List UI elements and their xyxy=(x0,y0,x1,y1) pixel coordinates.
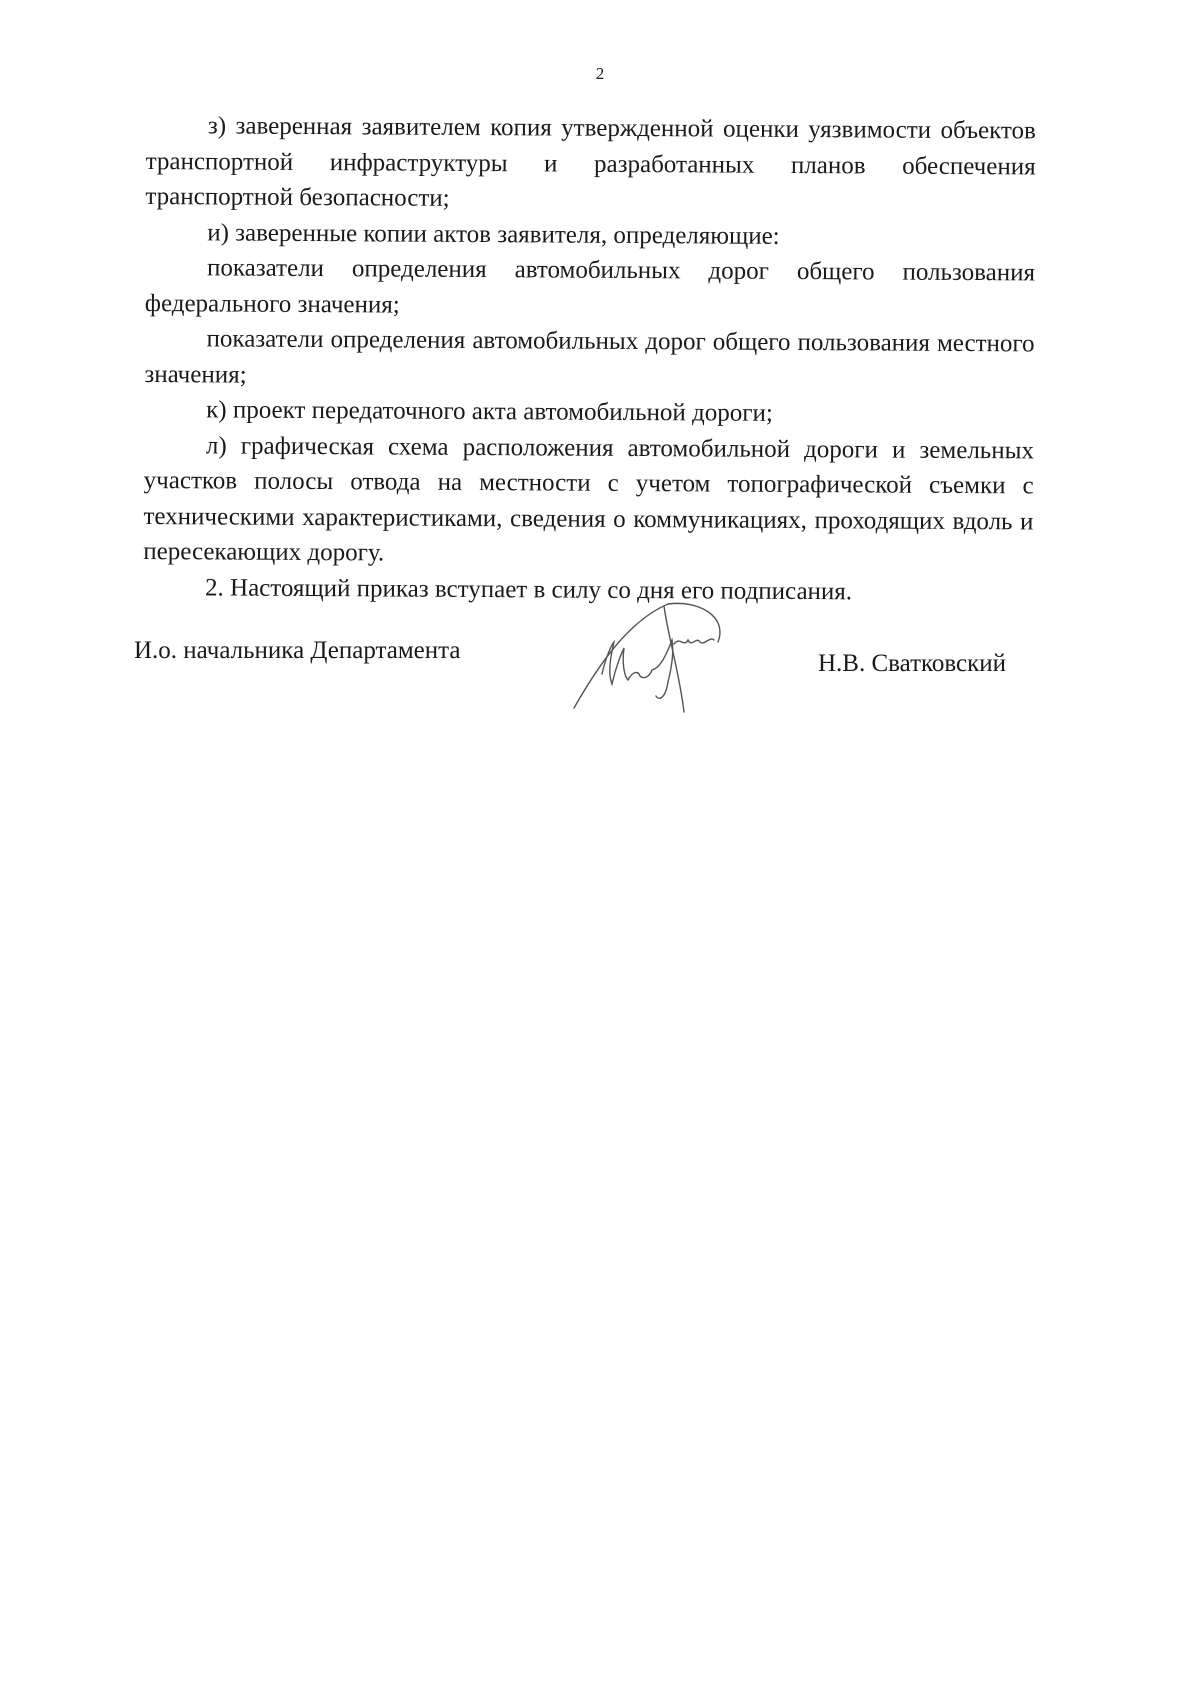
signatory-position: И.о. начальника Департамента xyxy=(134,637,460,665)
document-page: 2 з) заверенная заявителем копия утвержд… xyxy=(0,0,1200,1697)
signature-block: И.о. начальника Департамента Н.В. Сватко… xyxy=(0,0,1200,760)
handwritten-signature-icon xyxy=(568,596,738,716)
signatory-name: Н.В. Сватковский xyxy=(818,650,1006,678)
